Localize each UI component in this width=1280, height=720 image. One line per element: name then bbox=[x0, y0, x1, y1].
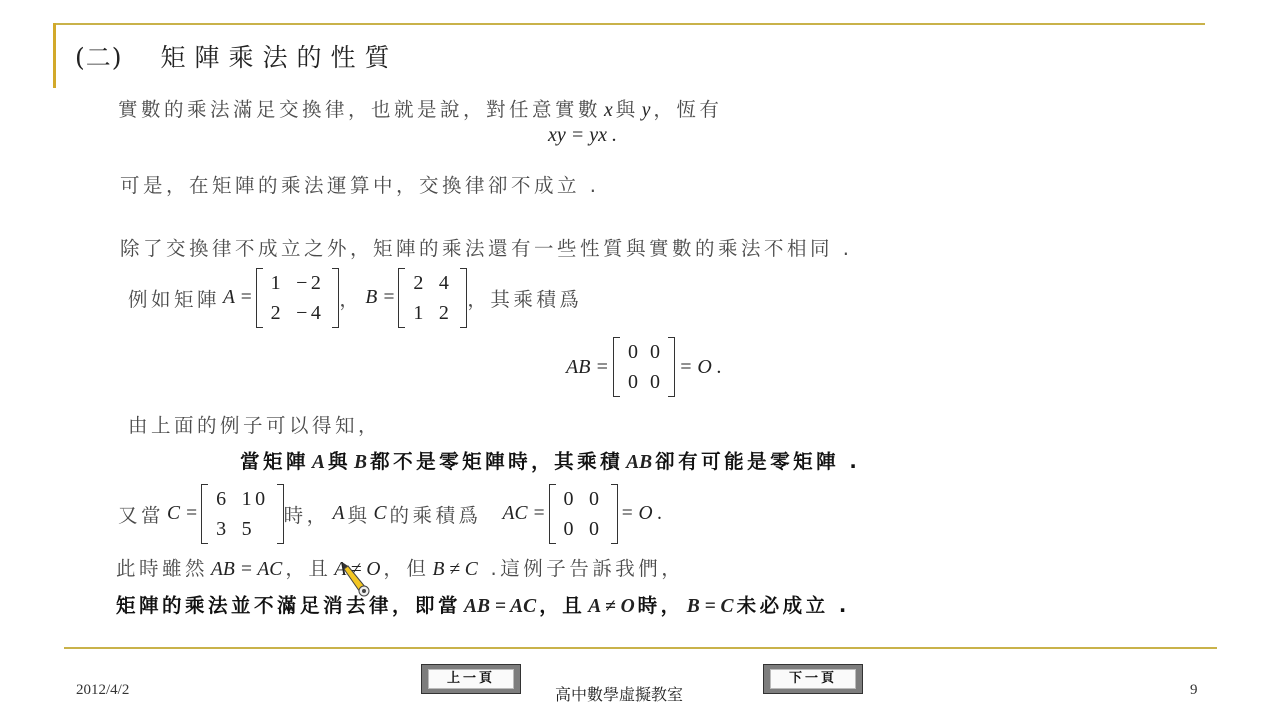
title-number: (二) bbox=[75, 43, 123, 72]
math: xy = yx . bbox=[548, 124, 617, 146]
math: AB = bbox=[566, 356, 609, 379]
math-y: y bbox=[642, 100, 651, 121]
text: 又當 bbox=[118, 500, 164, 528]
equation-AB: AB = 0000 = O . bbox=[566, 337, 722, 397]
text-line-2: 可是，在矩陣的乘法運算中，交換律卻不成立 . bbox=[120, 170, 599, 198]
matrix-AC: 0000 bbox=[549, 484, 618, 544]
text: 的乘積爲 bbox=[390, 500, 482, 528]
math: A ≠ O bbox=[588, 596, 634, 617]
text: .這例子告訴我們， bbox=[481, 557, 684, 580]
next-page-label: 下一頁 bbox=[770, 669, 856, 689]
text: 例如矩陣 bbox=[128, 284, 220, 312]
math: B = C bbox=[687, 596, 734, 617]
matrix-A: 1−22−4 bbox=[256, 268, 340, 328]
text: 與 bbox=[616, 98, 639, 121]
text: 與 bbox=[348, 500, 371, 528]
math-C: C = bbox=[167, 503, 198, 525]
math-A: A = bbox=[223, 287, 253, 309]
text-line-8: 此時雖然AB = AC，且A ≠ O，但B ≠ C .這例子告訴我們， bbox=[116, 553, 684, 581]
text: ，其乘積爲 bbox=[467, 284, 582, 312]
page-number: 9 bbox=[1190, 682, 1198, 699]
title-rule-left bbox=[53, 23, 56, 88]
text: 矩陣的乘法並不滿足消去律，即當 bbox=[116, 594, 461, 617]
math-AB: AB bbox=[626, 452, 652, 473]
math: B ≠ C bbox=[432, 559, 477, 580]
footer-site-name: 高中數學虛擬教室 bbox=[555, 682, 683, 705]
text: ，但 bbox=[383, 557, 429, 580]
text: 時， bbox=[284, 500, 330, 528]
math: = O . bbox=[679, 356, 722, 379]
math-B: B bbox=[354, 452, 367, 473]
math-B: B = bbox=[365, 287, 395, 309]
footer-date: 2012/4/2 bbox=[76, 682, 129, 699]
text: ， bbox=[339, 284, 362, 312]
text-line-1: 實數的乘法滿足交換律，也就是說，對任意實數x與y，恆有 bbox=[118, 94, 722, 122]
next-page-button[interactable]: 下一頁 bbox=[763, 664, 863, 694]
text: ，且 bbox=[539, 594, 585, 617]
matrix-C: 61035 bbox=[201, 484, 284, 544]
text-line-3: 除了交換律不成立之外，矩陣的乘法還有一些性質與實數的乘法不相同 . bbox=[120, 233, 852, 261]
text: 卻有可能是零矩陣 . bbox=[655, 450, 860, 473]
text: 當矩陣 bbox=[240, 450, 309, 473]
math-AC: AC = bbox=[503, 503, 546, 525]
math: = O . bbox=[621, 503, 663, 525]
matrix-AB: 0000 bbox=[613, 337, 675, 397]
text-line-5: 由上面的例子可以得知， bbox=[128, 410, 381, 438]
math-C: C bbox=[374, 503, 387, 525]
text-line-6: 當矩陣A與B都不是零矩陣時，其乘積AB卻有可能是零矩陣 . bbox=[240, 446, 860, 474]
math: AB = AC bbox=[211, 559, 282, 580]
footer-rule bbox=[64, 647, 1217, 649]
text: ，恆有 bbox=[653, 98, 722, 121]
math-A: A bbox=[312, 452, 325, 473]
equation-xy: xy = yx . bbox=[548, 124, 617, 147]
text-line-7: 又當 C = 61035 時， A 與 C 的乘積爲 AC = 0000 = O… bbox=[118, 484, 665, 544]
text-line-4: 例如矩陣 A = 1−22−4 ， B = 2412 ，其乘積爲 bbox=[128, 268, 582, 328]
pencil-cursor-icon bbox=[340, 560, 374, 598]
math-A: A bbox=[333, 503, 345, 525]
text: 時， bbox=[638, 594, 684, 617]
matrix-B: 2412 bbox=[398, 268, 467, 328]
title-text: 矩陣乘法的性質 bbox=[161, 43, 399, 72]
text: 與 bbox=[328, 450, 351, 473]
text: 都不是零矩陣時，其乘積 bbox=[370, 450, 623, 473]
text-line-9: 矩陣的乘法並不滿足消去律，即當AB = AC，且A ≠ O時，B = C未必成立… bbox=[116, 590, 850, 618]
prev-page-button[interactable]: 上一頁 bbox=[421, 664, 521, 694]
text: 未必成立 . bbox=[737, 594, 850, 617]
text: ，且 bbox=[285, 557, 331, 580]
title-rule-top bbox=[53, 23, 1205, 25]
slide-title: (二)矩陣乘法的性質 bbox=[75, 38, 399, 74]
text: 此時雖然 bbox=[116, 557, 208, 580]
prev-page-label: 上一頁 bbox=[428, 669, 514, 689]
text: 實數的乘法滿足交換律，也就是說，對任意實數 bbox=[118, 98, 601, 121]
math: AB = AC bbox=[464, 596, 536, 617]
math-x: x bbox=[604, 100, 613, 121]
